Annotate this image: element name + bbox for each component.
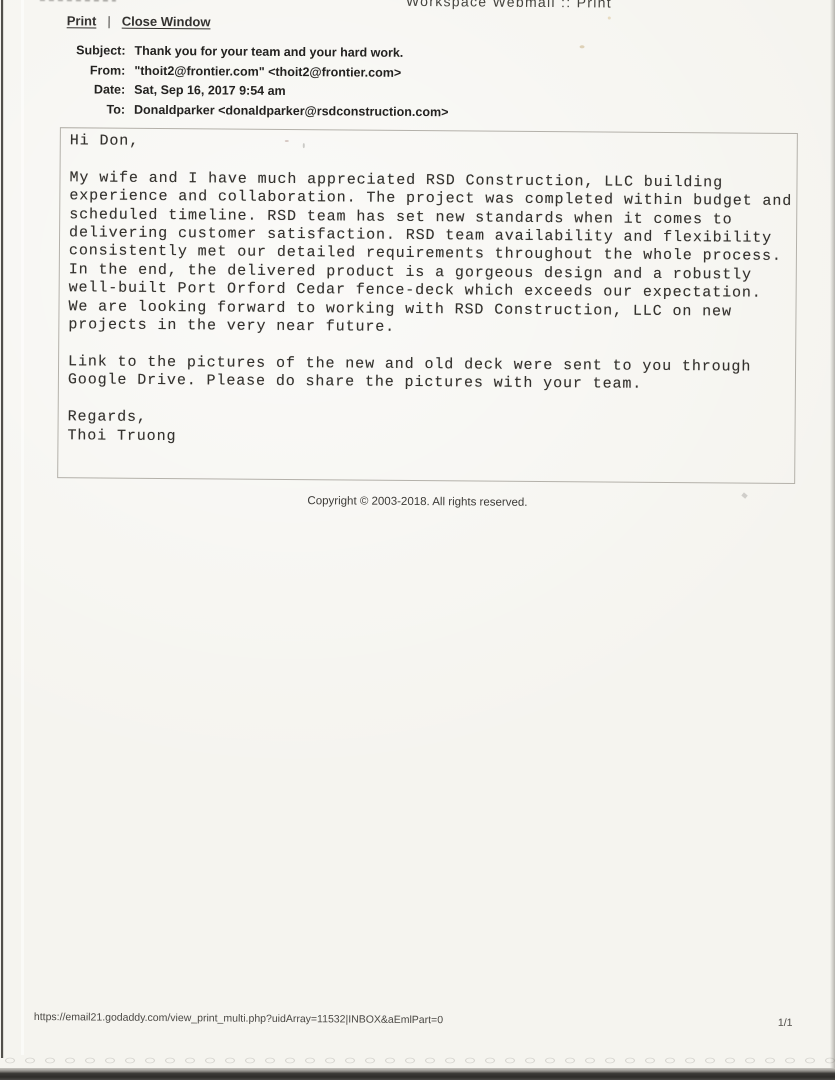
printed-page-url: https://email21.godaddy.com/view_print_m… [34, 1011, 443, 1026]
clipped-print-date-fragment [40, 0, 116, 2]
print-link[interactable]: Print [67, 13, 97, 28]
paper-perforation-band [0, 1053, 835, 1068]
copyright-notice: Copyright © 2003-2018. All rights reserv… [0, 493, 835, 512]
page-title: Workspace Webmail :: Print [406, 0, 612, 11]
from-value: "thoit2@frontier.com" <thoit2@frontier.c… [134, 61, 401, 83]
subject-value: Thank you for your team and your hard wo… [134, 42, 403, 64]
subject-label: Subject: [43, 41, 125, 61]
link-separator: | [107, 14, 111, 29]
email-body-frame: Hi Don, My wife and I have much apprecia… [57, 127, 798, 484]
scan-speck [580, 45, 585, 48]
scanner-bottom-edge [0, 1068, 835, 1080]
scanner-left-edge [0, 0, 5, 1058]
paper-fold-highlight [21, 0, 24, 1055]
page-number: 1/1 [778, 1017, 793, 1029]
scan-speck [303, 143, 305, 148]
to-value: Donaldparker <donaldparker@rsdconstructi… [134, 101, 449, 123]
scanner-right-edge [830, 0, 835, 1070]
from-label: From: [43, 61, 125, 81]
scan-speck [608, 16, 611, 19]
to-label: To: [43, 100, 125, 120]
printed-content: Workspace Webmail :: Print Print | Close… [0, 0, 835, 1080]
email-headers: Subject: Thank you for your team and you… [43, 41, 449, 123]
header-row-to: To: Donaldparker <donaldparker@rsdconstr… [43, 100, 449, 123]
scanned-page: Workspace Webmail :: Print Print | Close… [0, 0, 835, 1080]
date-label: Date: [43, 80, 125, 100]
close-window-link[interactable]: Close Window [122, 14, 211, 30]
print-toolbar: Print | Close Window [67, 13, 211, 29]
email-body-text: Hi Don, My wife and I have much apprecia… [67, 132, 792, 451]
date-value: Sat, Sep 16, 2017 9:54 am [134, 81, 286, 102]
scan-speck [285, 140, 289, 142]
